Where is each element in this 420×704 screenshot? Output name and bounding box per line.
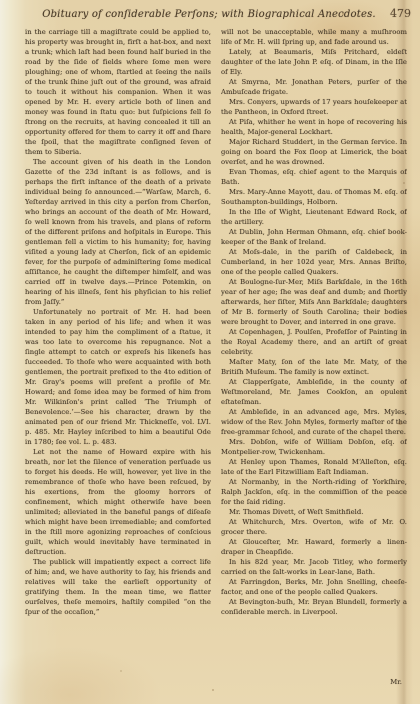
- paper-foxing-specks: [0, 0, 2, 2]
- page-number: 479: [384, 7, 411, 20]
- paragraph: The publick will impatiently expect a co…: [25, 557, 211, 617]
- right-column: will not be unacceptable, while many a m…: [221, 27, 407, 687]
- obituary-entry: At Ambleſide, in an advanced age, Mrs. M…: [221, 407, 407, 437]
- obituary-entry: At Smyrna, Mr. Jonathan Peters, purſer o…: [221, 77, 407, 97]
- obituary-entry: At Whitchurch, Mrs. Overton, wife of Mr.…: [221, 517, 407, 537]
- obituary-entry: At Normanby, in the North-riding of York…: [221, 477, 407, 507]
- scanned-book-page: Obituary of conſiderable Perſons; with B…: [0, 0, 420, 704]
- obituary-entry: At Bevington-buſh, Mr. Bryan Blundell, f…: [221, 597, 407, 617]
- obituary-entry: Maſter Maty, ſon of the late Mr. Maty, o…: [221, 357, 407, 377]
- paragraph-continuation: will not be unacceptable, while many a m…: [221, 27, 407, 47]
- running-title: Obituary of conſiderable Perſons; with B…: [34, 9, 384, 20]
- obituary-entry: At Clapperſgate, Ambleſide, in the count…: [221, 377, 407, 407]
- obituary-entry: At Moſs-dale, in the pariſh of Caldebeck…: [221, 247, 407, 277]
- obituary-entry: In the Iſle of Wight, Lieutenant Edward …: [221, 207, 407, 227]
- catchword: Mr.: [221, 677, 407, 687]
- paragraph: Unfortunately no portrait of Mr. H. had …: [25, 307, 211, 447]
- obituary-entry: Lately, at Beaumaris, Miſs Pritchard, el…: [221, 47, 407, 77]
- paragraph: The account given of his death in the Lo…: [25, 157, 211, 307]
- obituary-entry: Major Richard Studdert, in the German ſe…: [221, 137, 407, 167]
- obituary-entry: Mrs. Conyers, upwards of 17 years houſek…: [221, 97, 407, 117]
- page-header: Obituary of conſiderable Perſons; with B…: [0, 0, 420, 20]
- obituary-entry: Mrs. Mary-Anne Mayott, dau. of Thomas M.…: [221, 187, 407, 207]
- obituary-entry: At Boulogne-ſur-Mer, Miſs Barkſdale, in …: [221, 277, 407, 327]
- left-column: in the carriage till a magiſtrate could …: [25, 27, 211, 687]
- obituary-entry: In his 82d year, Mr. Jacob Titley, who f…: [221, 557, 407, 577]
- text-columns: in the carriage till a magiſtrate could …: [0, 20, 420, 687]
- obituary-entry: At Dublin, John Herman Ohmann, eſq. chie…: [221, 227, 407, 247]
- obituary-entry: At Glouceſter, Mr. Haward, formerly a li…: [221, 537, 407, 557]
- obituary-entry: At Henley upon Thames, Ronald M‘Alleſton…: [221, 457, 407, 477]
- obituary-entry: At Farringdon, Berks, Mr. John Snelling,…: [221, 577, 407, 597]
- obituary-entry: At Piſa, whither he went in hope of reco…: [221, 117, 407, 137]
- obituary-entry: Mr. Thomas Divett, of Weſt Smithfield.: [221, 507, 407, 517]
- paragraph: Let not the name of Howard expire with h…: [25, 447, 211, 557]
- obituary-entry: Evan Thomas, eſq. chief agent to the Mar…: [221, 167, 407, 187]
- paragraph-continuation: in the carriage till a magiſtrate could …: [25, 27, 211, 157]
- obituary-entry: At Copenhagen, J. Poulſen, Profeſſor of …: [221, 327, 407, 357]
- obituary-entry: Mrs. Dobſon, wife of William Dobſon, eſq…: [221, 437, 407, 457]
- obituary-entries: will not be unacceptable, while many a m…: [221, 27, 407, 677]
